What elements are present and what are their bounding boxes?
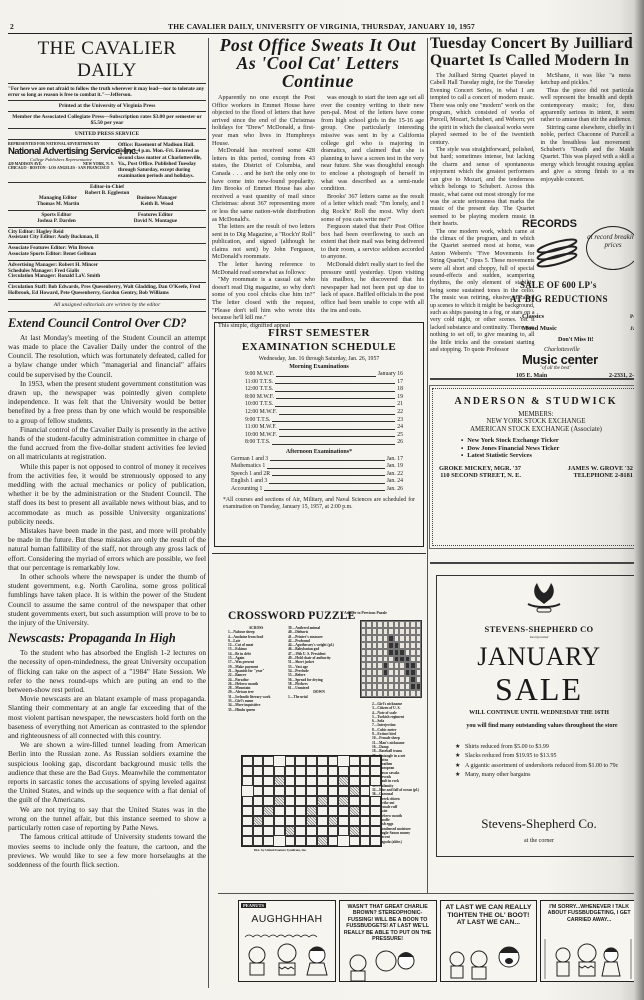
leader-line (269, 478, 384, 483)
afternoon-list: German 1 and 3Jan. 17Mathematics 1Jan. 1… (223, 456, 415, 493)
exam-row: 12:00 M.W.F.22 (223, 409, 415, 417)
masthead-editors: Sports EditorJoshua P. Darden Features E… (8, 211, 206, 228)
leader-line (279, 432, 395, 438)
star-icon: ★ (455, 772, 465, 779)
masthead-quote: "For here we are not afraid to follow th… (8, 84, 206, 101)
paragraph: To the student who has absorbed the Engl… (8, 648, 206, 694)
masthead-title: THE CAVALIER DAILY (8, 36, 206, 84)
editorial-column: THE CAVALIER DAILY "For here we are not … (8, 36, 206, 869)
masthead-assoc: Associate Features Editor: Win Brown Ass… (8, 244, 206, 261)
exam-course: English 1 and 3 (231, 478, 267, 485)
exam-row: Mathematics 1Jan. 19 (223, 463, 415, 470)
paragraph: Stirring came elsewhere, chiefly in the … (540, 125, 640, 184)
paragraph: We are not trying to say that the United… (8, 805, 206, 833)
masthead-representative: REPRESENTED FOR NATIONAL ADVERTISING BY … (8, 140, 206, 183)
masthead-printed: Printed at the University of Virginia Pr… (8, 101, 206, 112)
paragraph: In 1953, when the present student govern… (8, 379, 206, 425)
business-name: Keith B. Wood (137, 202, 178, 208)
exam-row: 11:00 T.T.S.17 (223, 379, 415, 387)
paragraph: Thus the piece did not particularly well… (540, 88, 640, 125)
characters-icon (541, 935, 637, 981)
section-rule (430, 562, 644, 564)
leader-line (275, 379, 395, 385)
item-text: A gigantic assortment of undershorts red… (465, 763, 618, 770)
item-text: Shirts reduced from $5.00 to $3.99 (465, 744, 549, 751)
ad-title: ANDERSON & STUDWICK (439, 396, 633, 407)
post-office-headline: Post Office Sweats It Out As 'Cool Cat' … (212, 36, 424, 90)
running-title: THE CAVALIER DAILY, UNIVERSITY OF VIRGIN… (168, 22, 475, 31)
asst-city-editor: Assistant City Editor: Andy Buckman, II (8, 235, 206, 241)
characters-icon (239, 931, 335, 981)
records-cat: Classics (522, 313, 544, 320)
item-text: Many, many other bargains (465, 772, 530, 779)
rep-cities: CHICAGO · BOSTON · LOS ANGELES · SAN FRA… (8, 166, 114, 170)
editorial-headline-1: Extend Council Control Over CD? (8, 316, 206, 331)
leader-line (272, 417, 395, 423)
headline-line: Post Office Sweats It Out (212, 36, 424, 54)
sale-values: you will find many outstanding values th… (447, 723, 637, 730)
peanuts-comic: PEANUTS AUGHGHHAH WASN'T THAT GREAT CHAR… (238, 900, 638, 982)
exam-title-2: EXAMINATION SCHEDULE (223, 341, 415, 353)
crossword-puzzle: CROSSWORD PUZZLE Answer to Previous Puzz… (214, 610, 426, 852)
column-rule (427, 38, 428, 893)
services-list: New York Stock Exchange Ticker Dow Jones… (461, 437, 633, 460)
masthead-member: Member the Associated Collegiate Press—S… (8, 112, 206, 129)
exam-slot: 8:00 T.T.S. (245, 439, 270, 447)
service-item: Dow Jones Financial News Ticker (461, 445, 633, 453)
exam-row: Accounting 1Jan. 26 (223, 486, 415, 493)
paragraph: In other schools where the newspaper is … (8, 572, 206, 627)
exam-row: 12:00 T.T.S.18 (223, 386, 415, 394)
exam-date: 24 (397, 424, 403, 432)
unsigned-note: All unsigned editorials are written by t… (8, 300, 206, 312)
headline-line: Tuesday Concert By Juilliard String (430, 36, 640, 53)
paragraph: Mistakes have been made in the past, and… (8, 526, 206, 572)
location: at the corner (437, 838, 641, 844)
post-office-article: Post Office Sweats It Out As 'Cool Cat' … (212, 36, 424, 329)
manager: GROKE MICKEY, MGR. '37 (439, 465, 521, 472)
paragraph: The famous critical attitude of Universi… (8, 832, 206, 869)
editorial-body-2: To the student who has absorbed the Engl… (8, 648, 206, 869)
crossword-credit: Dist. by United Feature Syndicate, Inc. (254, 848, 307, 852)
across-clues-2: 39—Antlered animal40—Diehoris41—Printer'… (288, 626, 350, 699)
service-item: Latest Statistic Services (461, 452, 633, 460)
records-title: RECORDS (522, 218, 577, 230)
anderson-studwick-ad: ANDERSON & STUDWICK MEMBERS: NEW YORK ST… (432, 388, 640, 546)
leader-line (279, 424, 396, 430)
paragraph: At last Monday's meeting of the Student … (8, 333, 206, 379)
incorporated: Incorporated (437, 635, 641, 639)
contact: JAMES W. GROVE '32 (568, 465, 633, 472)
exam-date: Jan. 17 (387, 456, 403, 463)
masthead-staff: Editor-in-Chief Robert B. Eggleston Mana… (8, 183, 206, 211)
exam-date: 26 (397, 439, 403, 447)
exam-date: 17 (397, 379, 403, 387)
morning-list: 9:00 M.W.F.January 1611:00 T.T.S.1712:00… (223, 371, 415, 447)
exam-course: Speech 1 and 2R (231, 471, 270, 478)
crossword-title: CROSSWORD PUZZLE (228, 610, 356, 622)
column-rule (208, 38, 209, 988)
exam-slot: 12:00 T.T.S. (245, 386, 273, 394)
exam-date: 19 (397, 394, 403, 402)
masthead-circulation: Circulation Staff: Bob Edwards, Pres Que… (8, 283, 206, 300)
paragraph: The letters are the result of two letter… (212, 223, 315, 261)
editorial-headline-2: Newscasts: Propaganda In High (8, 631, 206, 646)
exam-date: 18 (397, 386, 403, 394)
exchange: NEW YORK STOCK EXCHANGE (439, 418, 633, 426)
exam-slot: 9:00 M.W.F. (245, 371, 274, 379)
comic-panel-1: PEANUTS AUGHGHHAH (238, 900, 336, 982)
eagle-crest-icon (525, 580, 563, 616)
exam-row: 10:00 M.W.F.25 (223, 432, 415, 440)
exam-date: 23 (397, 417, 403, 425)
exam-slot: 8:00 M.W.F. (245, 394, 274, 402)
paragraph: was enough to start the teen age set all… (321, 94, 424, 193)
service-item: New York Stock Exchange Ticker (461, 437, 633, 445)
characters-icon (340, 941, 436, 981)
exam-date: Jan. 26 (387, 486, 403, 493)
exam-date: Jan. 19 (387, 463, 403, 470)
exam-course: German 1 and 3 (231, 456, 268, 463)
comic-panel-4: I'M SORRY...WHENEVER I TALK ABOUT FUSSBU… (540, 900, 638, 982)
exam-date: 25 (397, 432, 403, 440)
exam-course: Accounting 1 (231, 486, 262, 493)
records-ad: RECORDS at record breaking prices SALE O… (518, 218, 642, 376)
crossword-grid (241, 755, 382, 847)
headline-line: As 'Cool Cat' Letters Continue (212, 54, 424, 90)
paragraph: The Juilliard String Quartet played in C… (430, 73, 534, 147)
exam-row: 8:00 T.T.S.26 (223, 439, 415, 447)
leader-line (279, 409, 395, 415)
leader-line (272, 471, 384, 476)
exam-row: English 1 and 3Jan. 24 (223, 478, 415, 485)
exam-title-1: FIRST SEMESTER (223, 327, 415, 339)
company-name: STEVENS-SHEPHERD CO (437, 624, 641, 634)
paragraph: Movie newscasts are an blatant example o… (8, 694, 206, 740)
page-number: 2 (10, 22, 14, 31)
exam-date: 22 (397, 409, 403, 417)
star-icon: ★ (455, 753, 465, 760)
characters-icon (441, 939, 537, 981)
leader-line (267, 463, 384, 468)
panel-text: I'M SORRY...WHENEVER I TALK ABOUT FUSSBU… (541, 901, 637, 923)
page-spine-shadow (634, 0, 644, 1000)
sale-item: ★Shirts reduced from $5.00 to $3.99 (455, 744, 635, 751)
exam-course: Mathematics 1 (231, 463, 265, 470)
paragraph: Financial control of the Cavalier Daily … (8, 425, 206, 462)
exam-date: Jan. 22 (387, 471, 403, 478)
afternoon-label: Afternoon Examinations* (223, 449, 415, 455)
signature: Stevens-Shepherd Co. (437, 816, 641, 832)
section-rule (212, 553, 426, 554)
concert-headline: Tuesday Concert By Juilliard String Quar… (430, 36, 640, 69)
paragraph: Brooks' 367 letters came as the result o… (321, 193, 424, 223)
paragraph: Ferguson stated that their Post Office b… (321, 223, 424, 261)
sale-headline-2: SALE (437, 671, 641, 708)
masthead-wire: UNITED PRESS SERVICE (8, 129, 206, 140)
across-clues: ACROSS 1—Nabour sheep4—Anolaine from foo… (228, 626, 284, 712)
exam-row: 9:00 M.W.F.January 16 (223, 371, 415, 379)
exam-row: 10:00 T.T.S.21 (223, 401, 415, 409)
leader-line (272, 439, 395, 445)
exam-date: Jan. 24 (387, 478, 403, 485)
leader-line (276, 371, 376, 377)
leader-line (275, 386, 395, 392)
sale-items: ★Shirts reduced from $5.00 to $3.99 ★Sla… (455, 744, 635, 782)
item-text: Slacks reduced from $19.95 to $13.95 (465, 753, 556, 760)
store-name: Music center (522, 352, 598, 367)
features-name: David N. Montague (134, 219, 177, 225)
header-rule (8, 33, 632, 34)
rep-name: National Advertising Service, Inc. (8, 146, 114, 157)
exam-slot: 10:00 T.T.S. (245, 401, 273, 409)
exam-note: *All courses and sections of Air, Milita… (223, 497, 415, 511)
paragraph: While this paper is not opposed to contr… (8, 462, 206, 526)
records-stack-icon (532, 236, 582, 268)
paragraph: The style was straightforward, polished,… (430, 147, 534, 228)
exam-row: Speech 1 and 2RJan. 22 (223, 471, 415, 478)
exam-slot: 11:00 M.W.F. (245, 424, 277, 432)
section-rule (430, 378, 644, 380)
exam-row: 11:00 M.W.F.24 (223, 424, 415, 432)
paragraph: Apparently no one except the Post Office… (212, 94, 315, 147)
panel-text: AT LAST WE CAN REALLY TIGHTEN THE OL' BO… (441, 901, 537, 927)
exam-slot: 11:00 T.T.S. (245, 379, 273, 387)
section-rule (218, 893, 642, 894)
stevens-shepherd-ad: STEVENS-SHEPHERD CO Incorporated JANUARY… (436, 575, 642, 857)
exam-schedule-box: FIRST SEMESTER EXAMINATION SCHEDULE Wedn… (214, 322, 424, 547)
clue: 35—Hindu queen (228, 708, 284, 712)
paragraph: "My roommate is a casual cat who doesn't… (212, 276, 315, 322)
leader-line (275, 401, 395, 407)
exam-slot: 12:00 M.W.F. (245, 409, 277, 417)
records-badge: at record breaking prices (586, 226, 640, 270)
answer-grid (360, 620, 422, 698)
store-tag: "of all the best" (540, 366, 571, 371)
morning-label: Morning Examinations (223, 364, 415, 370)
records-sale-2: AT BIG REDUCTIONS (510, 294, 608, 304)
records-cat: Mood Music (522, 325, 557, 332)
masthead-city: City Editor: Hagley Reid Assistant City … (8, 228, 206, 245)
editorial-body-1: At last Monday's meeting of the Student … (8, 333, 206, 628)
clue: 1—The urial (288, 695, 350, 699)
headline-line: Quartet Is Called Modern In Spirit (430, 53, 640, 70)
exam-date: 21 (397, 401, 403, 409)
office-info: Office: Basement of Madison Hall. Hours … (118, 142, 206, 180)
ad-footer: GROKE MICKEY, MGR. '37110 SECOND STREET,… (439, 465, 633, 479)
address: 110 SECOND STREET, N. E. (439, 472, 521, 479)
records-dont-miss: Don't Miss It! (558, 337, 594, 343)
managing-name: Thomas M. Martin (37, 202, 80, 208)
exam-slot: 10:00 M.W.F. (245, 432, 277, 440)
paragraph: McDonald didn't really start to feel the… (321, 261, 424, 314)
newspaper-page: 2 THE CAVALIER DAILY, UNIVERSITY OF VIRG… (0, 0, 644, 1000)
comic-panel-3: AT LAST WE CAN REALLY TIGHTEN THE OL' BO… (440, 900, 538, 982)
star-icon: ★ (455, 744, 465, 751)
panel-text: WASN'T THAT GREAT CHARLIE BROWN? STEREOP… (340, 901, 436, 942)
paragraph: McDonald has received some 428 letters i… (212, 147, 315, 223)
panel-text: AUGHGHHAH (239, 913, 335, 925)
phone: TELEPHONE 2-8181 (568, 472, 633, 479)
exam-row: 8:00 M.W.F.19 (223, 394, 415, 402)
paragraph: The letter having reference to McDonald … (212, 261, 315, 276)
exam-row: German 1 and 3Jan. 17 (223, 456, 415, 463)
strip-name: PEANUTS (241, 903, 266, 908)
answer-note: Answer to Previous Puzzle (344, 611, 387, 615)
masthead-managers: Advertising Manager: Robert H. Mincer Sc… (8, 261, 206, 283)
sale-headline-1: JANUARY (437, 642, 641, 672)
leader-line (270, 456, 384, 461)
leader-line (264, 486, 384, 491)
exam-range: Wednesday, Jan. 16 through Saturday, Jan… (223, 356, 415, 362)
exam-slot: 9:00 T.T.S. (245, 417, 270, 425)
exam-date: January 16 (378, 371, 403, 379)
paragraph: McShane, it was like "a mess of ketchup … (540, 73, 640, 88)
sale-item: ★A gigantic assortment of undershorts re… (455, 763, 635, 770)
star-icon: ★ (455, 763, 465, 770)
members-label: MEMBERS: (439, 411, 633, 418)
exam-row: 9:00 T.T.S.23 (223, 417, 415, 425)
sale-item: ★Slacks reduced from $19.95 to $13.95 (455, 753, 635, 760)
sale-until: WILL CONTINUE UNTIL WEDNESDAY THE 16TH (437, 710, 641, 716)
comic-panel-2: WASN'T THAT GREAT CHARLIE BROWN? STEREOP… (339, 900, 437, 982)
records-sale-1: SALE OF 600 LP's (520, 280, 597, 290)
paragraph: We are shown a wire-filled tunnel leadin… (8, 740, 206, 804)
exchange: AMERICAN STOCK EXCHANGE (Associate) (439, 426, 633, 434)
leader-line (276, 394, 395, 400)
sale-item: ★Many, many other bargains (455, 772, 635, 779)
sports-name: Joshua P. Darden (37, 219, 76, 225)
